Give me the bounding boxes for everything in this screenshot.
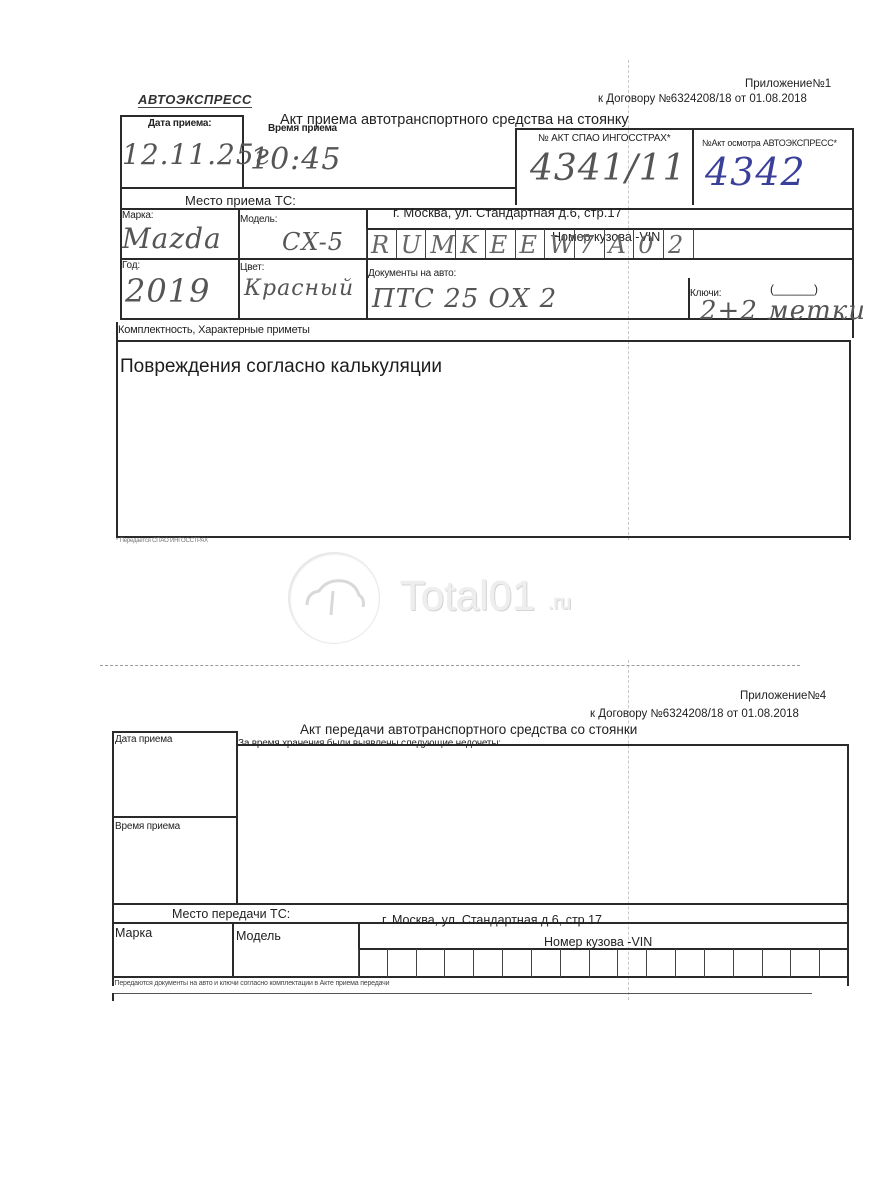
contract-reference: к Договору №6324208/18 от 01.08.2018 [590, 708, 799, 720]
company-logo: АВТОЭКСПРЕСС [138, 92, 252, 108]
vin-character: M [430, 231, 456, 259]
fold-line [628, 60, 629, 540]
date-label: Дата приема [115, 734, 172, 745]
vin-character: 2 [668, 231, 684, 259]
vin-empty-box [704, 949, 705, 977]
place-value: г. Москва, ул. Стандартная д.6, стр.17 [393, 205, 622, 220]
vin-empty-box [589, 949, 590, 977]
vin-empty-box [502, 949, 503, 977]
vin-character-box [396, 229, 397, 258]
vin-empty-box [416, 949, 417, 977]
act-title: Акт передачи автотранспортного средства … [300, 722, 637, 737]
date-value: 12.11.25г [122, 138, 270, 171]
vin-character-grid: RUMKEEW7A02 [366, 229, 726, 258]
place-label: Место приема ТС: [185, 193, 296, 208]
model-label: Модель: [240, 214, 277, 225]
watermark-text: Total01 [400, 572, 535, 620]
vin-empty-box [790, 949, 791, 977]
vin-empty-box [387, 949, 388, 977]
color-label: Цвет: [240, 262, 264, 273]
vin-empty-box [358, 949, 359, 977]
appendix-number: Приложение№4 [740, 690, 826, 702]
documents-value: ПТС 25 ОХ 2 [372, 284, 557, 314]
vin-character: R [371, 231, 390, 259]
color-value: Красный [244, 276, 354, 301]
vin-character-box [455, 229, 456, 258]
watermark-suffix: .ru [548, 592, 571, 615]
make-label: Марка: [122, 210, 153, 221]
place-value: г. Москва, ул. Стандартная д.6, стр.17 [382, 913, 602, 927]
vin-empty-box [733, 949, 734, 977]
vin-empty-box [762, 949, 763, 977]
vin-character-box [633, 229, 634, 258]
vin-label: Номер кузова -VIN [544, 935, 652, 949]
time-label: Время приема [268, 123, 337, 134]
ingosstrakh-act-label: № АКТ СПАО ИНГОССТРАХ* [538, 133, 670, 144]
vin-empty-box [646, 949, 647, 977]
autoexpress-act-number: 4342 [705, 150, 806, 194]
make-label: Марка [115, 926, 152, 940]
vin-empty-box [531, 949, 532, 977]
vin-character-box [604, 229, 605, 258]
vin-empty-box [560, 949, 561, 977]
vin-empty-box [444, 949, 445, 977]
vin-empty-box [819, 949, 820, 977]
vin-character: W [549, 231, 575, 259]
vin-empty-grid [358, 949, 848, 977]
defects-label: За время хранения были выявлены следующи… [238, 738, 501, 749]
autoexpress-act-label: №Акт осмотра АВТОЭКСПРЕСС* [702, 138, 837, 148]
vin-character: U [401, 231, 422, 259]
time-value: 10:45 [250, 142, 341, 177]
keys-count-bracket: (______) [770, 282, 818, 296]
appendix-number: Приложение№1 [745, 78, 831, 90]
vin-character-box [485, 229, 486, 258]
vin-character-box [544, 229, 545, 258]
car-logo-icon [288, 552, 380, 644]
time-label: Время приема [115, 821, 180, 832]
ingosstrakh-act-number: 4341/11 [530, 148, 687, 189]
vin-empty-box [473, 949, 474, 977]
vin-character-box [425, 229, 426, 258]
act4-footnote: *Передаются документы на авто и ключи со… [112, 980, 389, 987]
date-label: Дата приема: [148, 118, 211, 129]
act1-footnote: * Передается СПАО ИНГОССТРАХ [116, 538, 208, 544]
make-value: Mazda [122, 222, 222, 255]
vin-character: 7 [579, 231, 595, 259]
model-label: Модель [236, 929, 281, 943]
model-value: CX-5 [282, 228, 344, 256]
vin-character-box [574, 229, 575, 258]
keys-value: 2+2 метки [700, 296, 866, 326]
vin-character: A [609, 231, 627, 259]
vin-character: E [520, 231, 539, 259]
year-label: Год: [122, 260, 140, 271]
vin-empty-box [675, 949, 676, 977]
vin-character-box [366, 229, 367, 258]
vin-empty-box [617, 949, 618, 977]
contract-reference: к Договору №6324208/18 от 01.08.2018 [598, 93, 807, 105]
year-value: 2019 [125, 272, 210, 310]
vin-character-box [515, 229, 516, 258]
equipment-value: Повреждения согласно калькуляции [120, 356, 442, 378]
vin-character: K [460, 231, 479, 259]
documents-label: Документы на авто: [368, 268, 456, 279]
vin-character-box [663, 229, 664, 258]
equipment-label: Комплектность, Характерные приметы [118, 324, 310, 336]
vin-character: 0 [638, 231, 654, 259]
place-label: Место передачи ТС: [172, 907, 290, 921]
vin-character: E [490, 231, 509, 259]
